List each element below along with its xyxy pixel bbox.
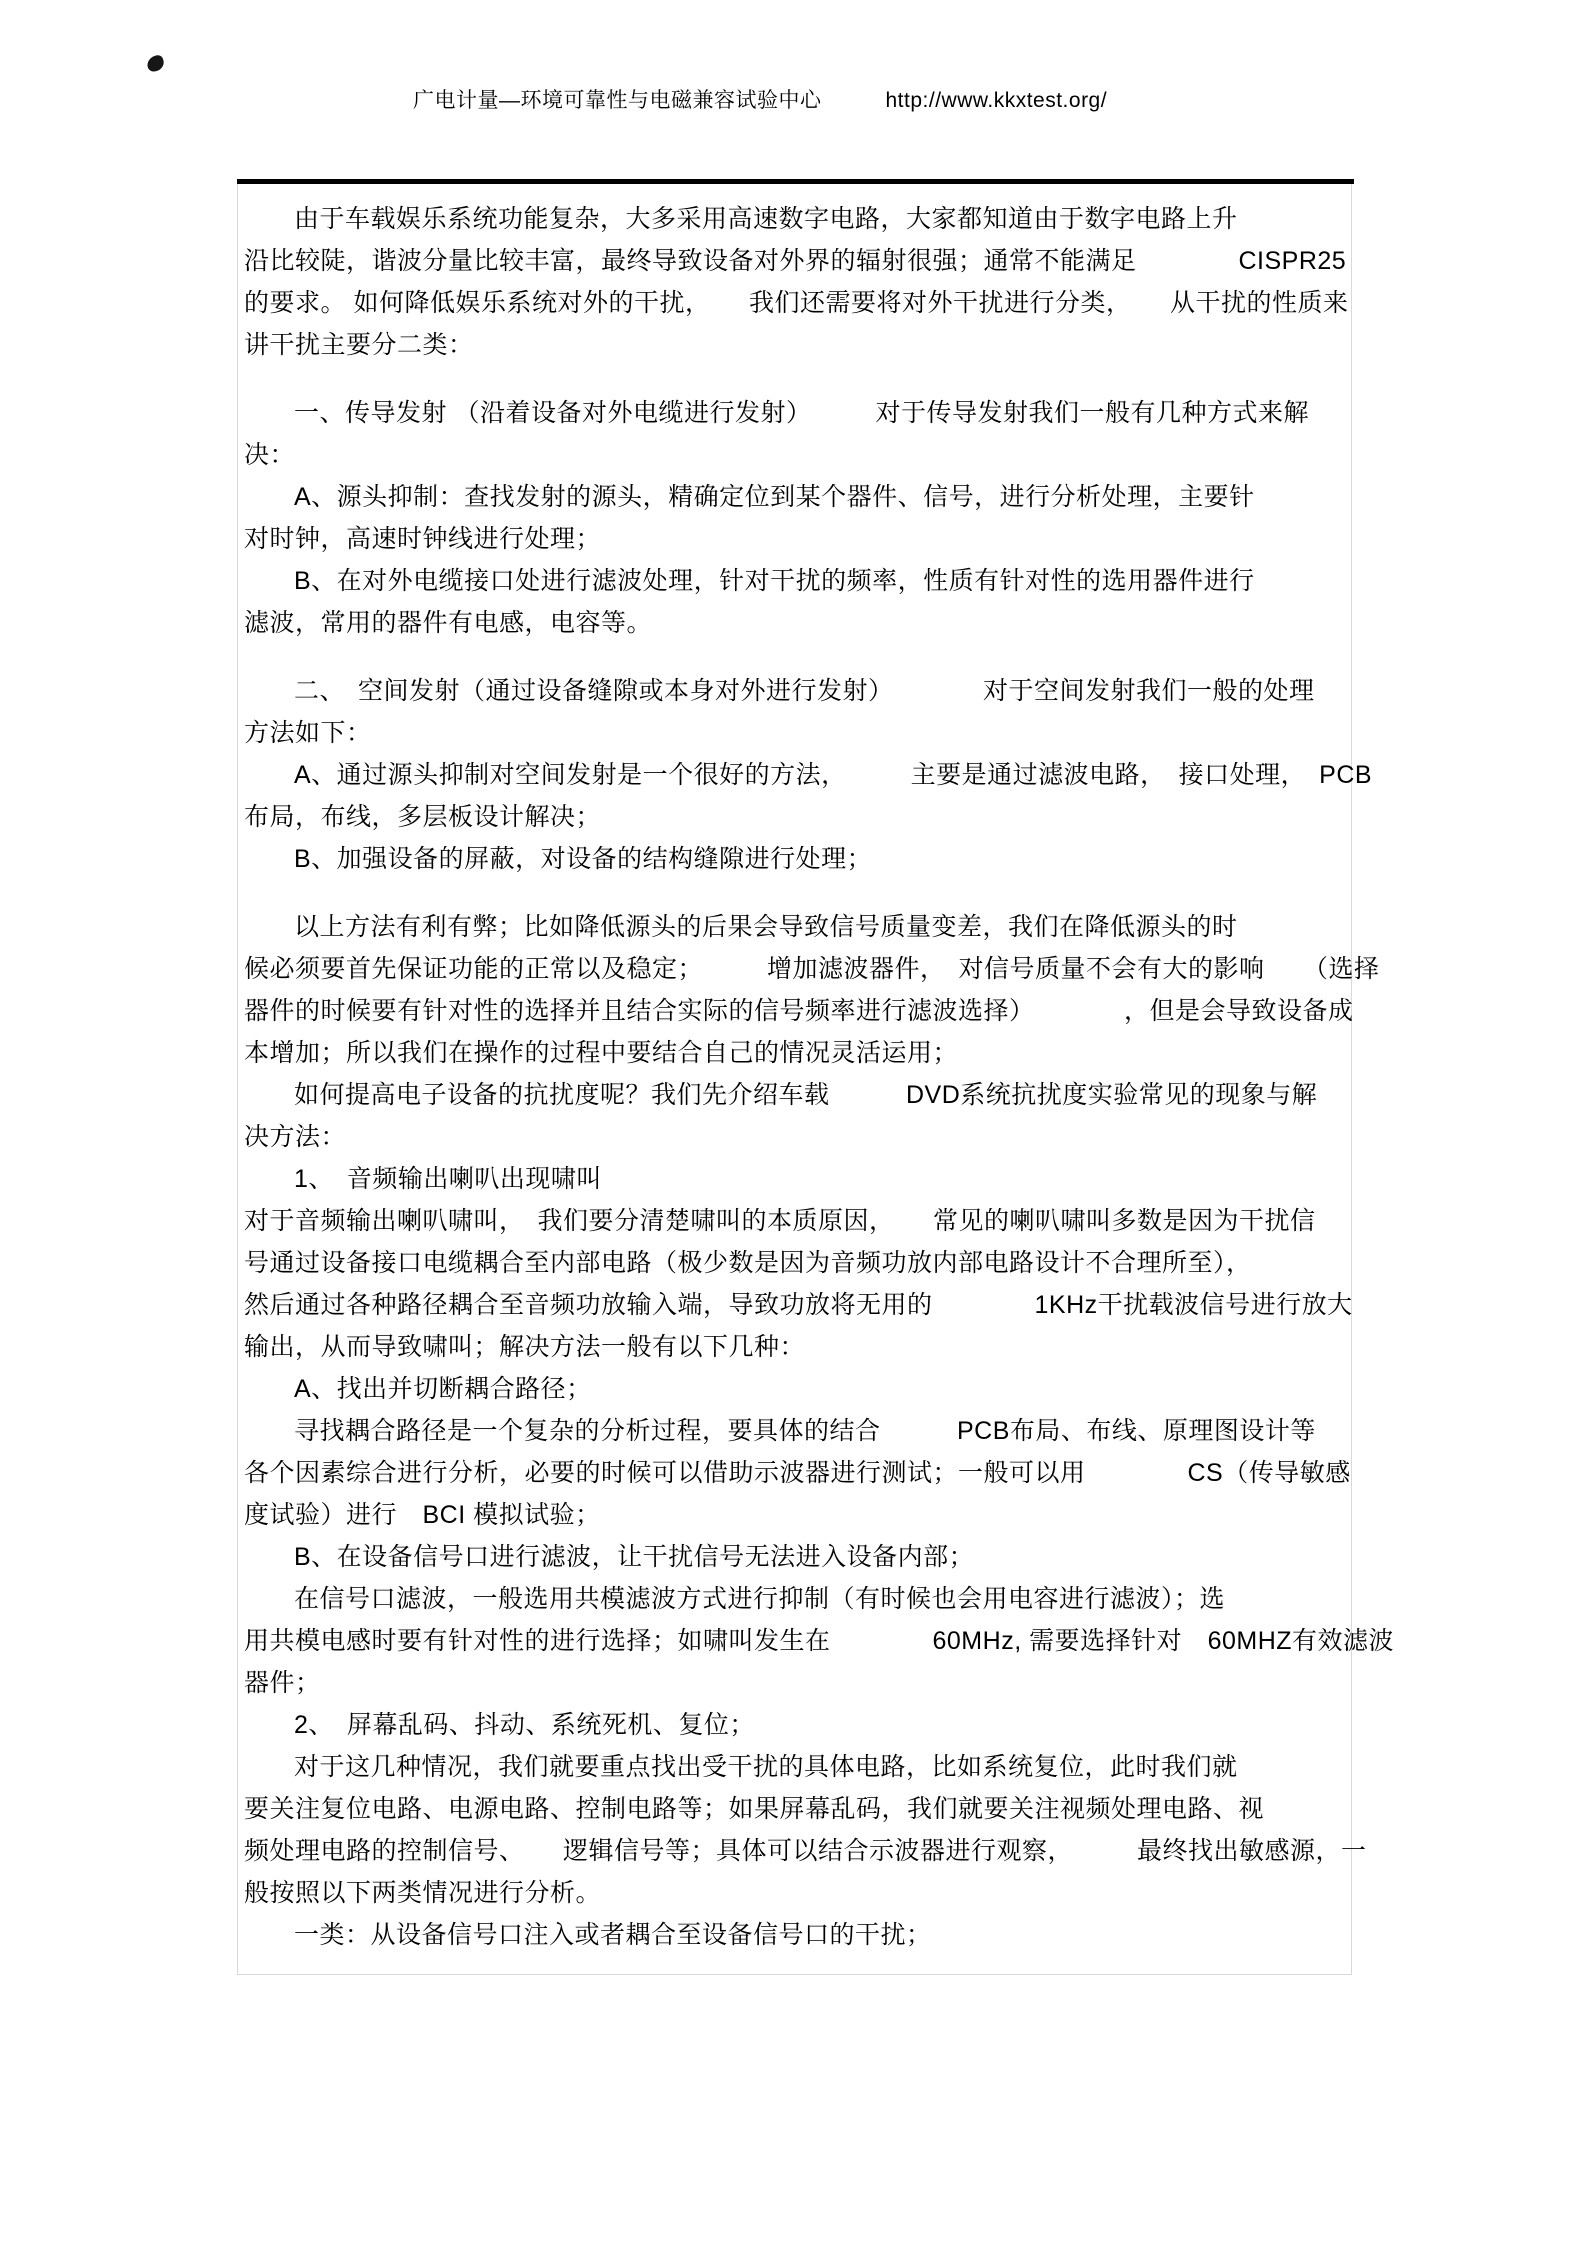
text-line: 由于车载娱乐系统功能复杂，大多采用高速数字电路，大家都知道由于数字电路上升 (238, 198, 1351, 240)
text-line: 决方法： (238, 1116, 1351, 1158)
text-line: 然后通过各种路径耦合至音频功放输入端，导致功放将无用的 1KHz干扰载波信号进行… (238, 1284, 1351, 1326)
text-line: 般按照以下两类情况进行分析。 (238, 1872, 1351, 1914)
text-line: 在信号口滤波，一般选用共模滤波方式进行抑制（有时候也会用电容进行滤波）；选 (238, 1578, 1351, 1620)
text-line: 1、 音频输出喇叭出现啸叫 (238, 1158, 1351, 1200)
text-line: 对时钟，高速时钟线进行处理； (238, 518, 1351, 560)
document-page: 广电计量—环境可靠性与电磁兼容试验中心 http://www.kkxtest.o… (0, 0, 1593, 2255)
text-line: B、在设备信号口进行滤波，让干扰信号无法进入设备内部； (238, 1536, 1351, 1578)
text-line: 二、 空间发射（通过设备缝隙或本身对外进行发射） 对于空间发射我们一般的处理 (238, 670, 1351, 712)
paragraph-gap (238, 366, 1351, 392)
text-line: 决： (238, 434, 1351, 476)
text-line: 2、 屏幕乱码、抖动、系统死机、复位； (238, 1704, 1351, 1746)
paragraph-gap (238, 644, 1351, 670)
text-line: 滤波，常用的器件有电感，电容等。 (238, 602, 1351, 644)
text-line: 本增加；所以我们在操作的过程中要结合自己的情况灵活运用； (238, 1032, 1351, 1074)
text-line: 讲干扰主要分二类： (238, 324, 1351, 366)
text-line: 方法如下： (238, 712, 1351, 754)
text-line: 对于这几种情况，我们就要重点找出受干扰的具体电路，比如系统复位，此时我们就 (238, 1746, 1351, 1788)
text-line: 输出，从而导致啸叫；解决方法一般有以下几种： (238, 1326, 1351, 1368)
text-line: 度试验）进行 BCI 模拟试验； (238, 1494, 1351, 1536)
text-line: 对于音频输出喇叭啸叫， 我们要分清楚啸叫的本质原因， 常见的喇叭啸叫多数是因为干… (238, 1200, 1351, 1242)
header-url: http://www.kkxtest.org/ (886, 89, 1108, 113)
text-line: A、源头抑制：查找发射的源头，精确定位到某个器件、信号，进行分析处理，主要针 (238, 476, 1351, 518)
ink-smudge-mark (145, 54, 166, 74)
text-line: 器件； (238, 1662, 1351, 1704)
text-line: 候必须要首先保证功能的正常以及稳定； 增加滤波器件， 对信号质量不会有大的影响 … (238, 948, 1351, 990)
text-line: 一类：从设备信号口注入或者耦合至设备信号口的干扰； (238, 1914, 1351, 1956)
document-body: 由于车载娱乐系统功能复杂，大多采用高速数字电路，大家都知道由于数字电路上升沿比较… (237, 184, 1352, 1975)
text-line: 号通过设备接口电缆耦合至内部电路（极少数是因为音频功放内部电路设计不合理所至）， (238, 1242, 1351, 1284)
text-line: 各个因素综合进行分析，必要的时候可以借助示波器进行测试；一般可以用 CS（传导敏… (238, 1452, 1351, 1494)
paragraph-gap (238, 880, 1351, 906)
text-line: A、找出并切断耦合路径； (238, 1368, 1351, 1410)
text-line: 要关注复位电路、电源电路、控制电路等；如果屏幕乱码，我们就要关注视频处理电路、视 (238, 1788, 1351, 1830)
text-line: 用共模电感时要有针对性的进行选择；如啸叫发生在 60MHz, 需要选择针对 60… (238, 1620, 1351, 1662)
text-line: 一、传导发射 （沿着设备对外电缆进行发射） 对于传导发射我们一般有几种方式来解 (238, 392, 1351, 434)
header-title: 广电计量—环境可靠性与电磁兼容试验中心 (413, 84, 822, 114)
text-line: 寻找耦合路径是一个复杂的分析过程，要具体的结合 PCB布局、布线、原理图设计等 (238, 1410, 1351, 1452)
page-header: 广电计量—环境可靠性与电磁兼容试验中心 http://www.kkxtest.o… (413, 84, 1107, 114)
text-line: 如何提高电子设备的抗扰度呢？我们先介绍车载 DVD系统抗扰度实验常见的现象与解 (238, 1074, 1351, 1116)
text-line: B、在对外电缆接口处进行滤波处理，针对干扰的频率，性质有针对性的选用器件进行 (238, 560, 1351, 602)
text-line: 器件的时候要有针对性的选择并且结合实际的信号频率进行滤波选择） ，但是会导致设备… (238, 990, 1351, 1032)
text-line: 频处理电路的控制信号、 逻辑信号等；具体可以结合示波器进行观察， 最终找出敏感源… (238, 1830, 1351, 1872)
text-line: 沿比较陡，谐波分量比较丰富，最终导致设备对外界的辐射很强；通常不能满足 CISP… (238, 240, 1351, 282)
text-line: 的要求。 如何降低娱乐系统对外的干扰， 我们还需要将对外干扰进行分类， 从干扰的… (238, 282, 1351, 324)
text-line: 布局，布线，多层板设计解决； (238, 796, 1351, 838)
text-line: B、加强设备的屏蔽，对设备的结构缝隙进行处理； (238, 838, 1351, 880)
text-line: 以上方法有利有弊；比如降低源头的后果会导致信号质量变差，我们在降低源头的时 (238, 906, 1351, 948)
text-line: A、通过源头抑制对空间发射是一个很好的方法， 主要是通过滤波电路， 接口处理， … (238, 754, 1351, 796)
